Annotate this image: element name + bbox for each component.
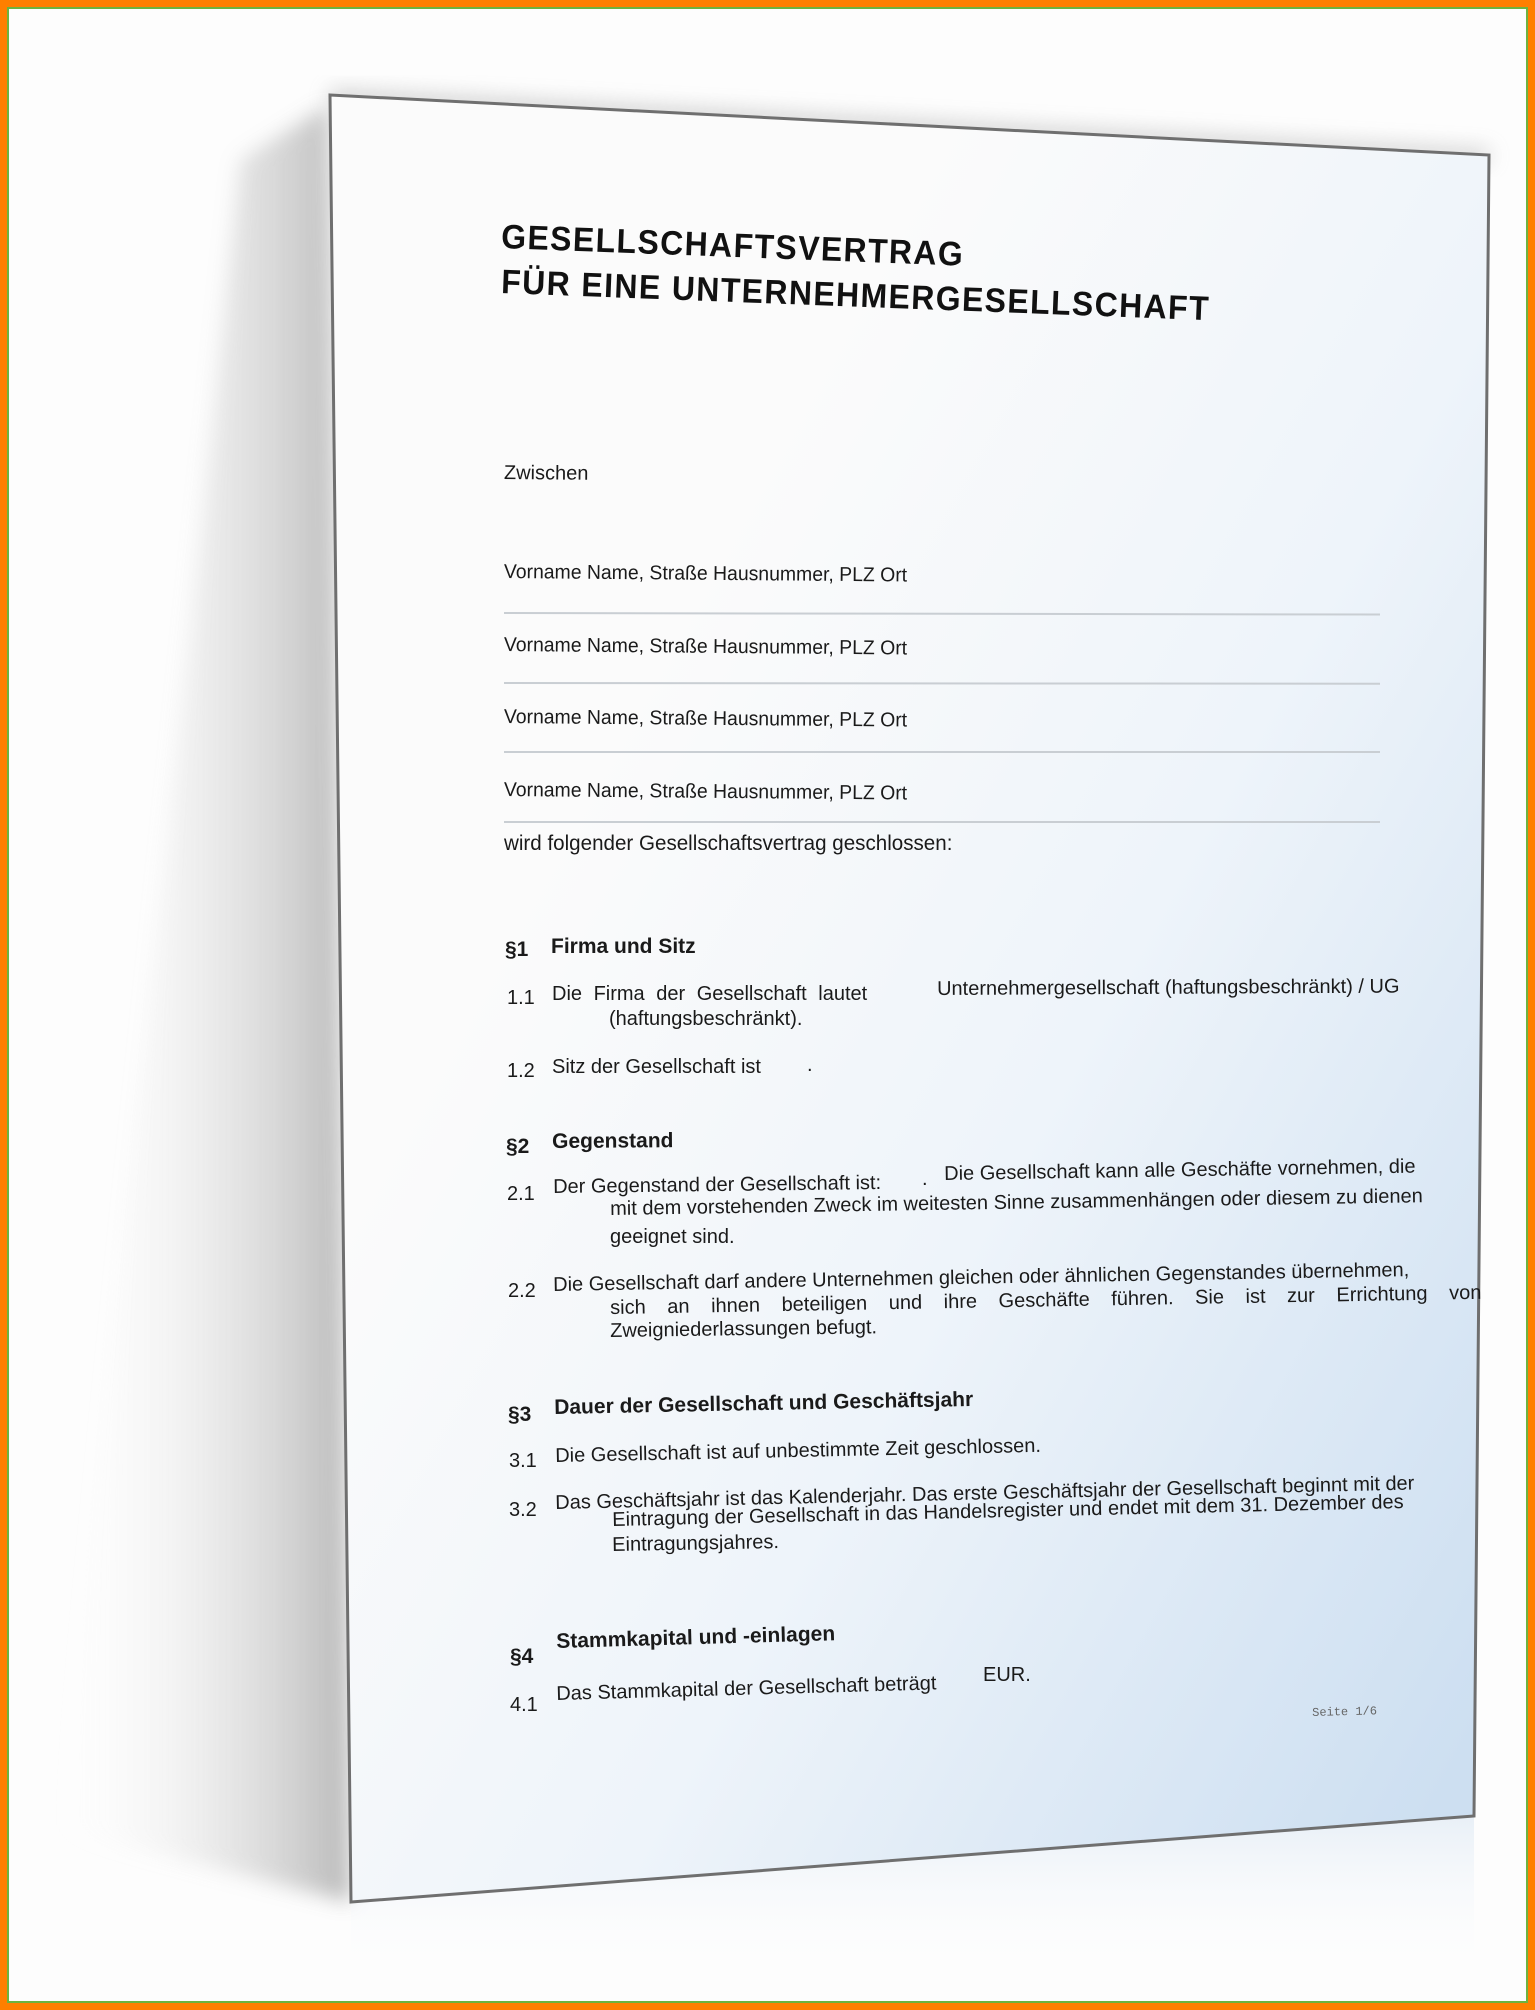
section-4-number: §4	[510, 1645, 533, 1669]
section-3-number: §3	[508, 1403, 531, 1427]
party-line-1: Vorname Name, Straße Hausnummer, PLZ Ort	[504, 561, 907, 588]
party-line-3: Vorname Name, Straße Hausnummer, PLZ Ort	[504, 706, 907, 733]
clause-4-1-currency: EUR.	[983, 1664, 1031, 1687]
section-1-title: Firma und Sitz	[551, 935, 696, 959]
clause-1-1-text-b: Unternehmergesellschaft (haftungsbeschrä…	[937, 976, 1400, 1001]
clause-1-2-number: 1.2	[507, 1060, 535, 1083]
clause-3-1-number: 3.1	[509, 1450, 537, 1473]
party-line-2: Vorname Name, Straße Hausnummer, PLZ Ort	[504, 634, 907, 661]
clause-1-2-text: Sitz der Gesellschaft ist	[552, 1056, 761, 1079]
page-number-label: Seite 1/6	[1312, 1704, 1377, 1720]
clause-2-2-text-c: Zweigniederlassungen befugt.	[610, 1316, 877, 1343]
clause-3-2-text-c: Eintragungsjahres.	[612, 1531, 779, 1557]
clause-1-2-placeholder-end: .	[807, 1054, 813, 1077]
party-separator-3	[504, 751, 1380, 753]
section-2-title: Gegenstand	[552, 1129, 674, 1154]
clause-2-1-text-d: geeignet sind.	[610, 1226, 735, 1249]
party-separator-4	[504, 821, 1380, 823]
closing-intro-text: wird folgender Gesellschaftsvertrag gesc…	[504, 832, 952, 856]
section-1-number: §1	[505, 938, 528, 962]
page-left-shadow	[60, 105, 351, 1902]
clause-4-1-number: 4.1	[510, 1694, 538, 1717]
clause-2-1-placeholder-end: .	[922, 1168, 928, 1191]
clause-3-2-number: 3.2	[509, 1499, 537, 1522]
party-line-4: Vorname Name, Straße Hausnummer, PLZ Ort	[504, 779, 907, 806]
clause-1-1-number: 1.1	[507, 987, 535, 1010]
intro-text: Zwischen	[504, 462, 589, 486]
clause-1-1-text-a: Die Firma der Gesellschaft lautet	[552, 983, 867, 1006]
clause-2-1-number: 2.1	[507, 1183, 535, 1206]
section-2-number: §2	[506, 1135, 529, 1159]
clause-2-2-number: 2.2	[508, 1280, 536, 1303]
clause-1-1-text-c: (haftungsbeschränkt).	[609, 1008, 802, 1031]
